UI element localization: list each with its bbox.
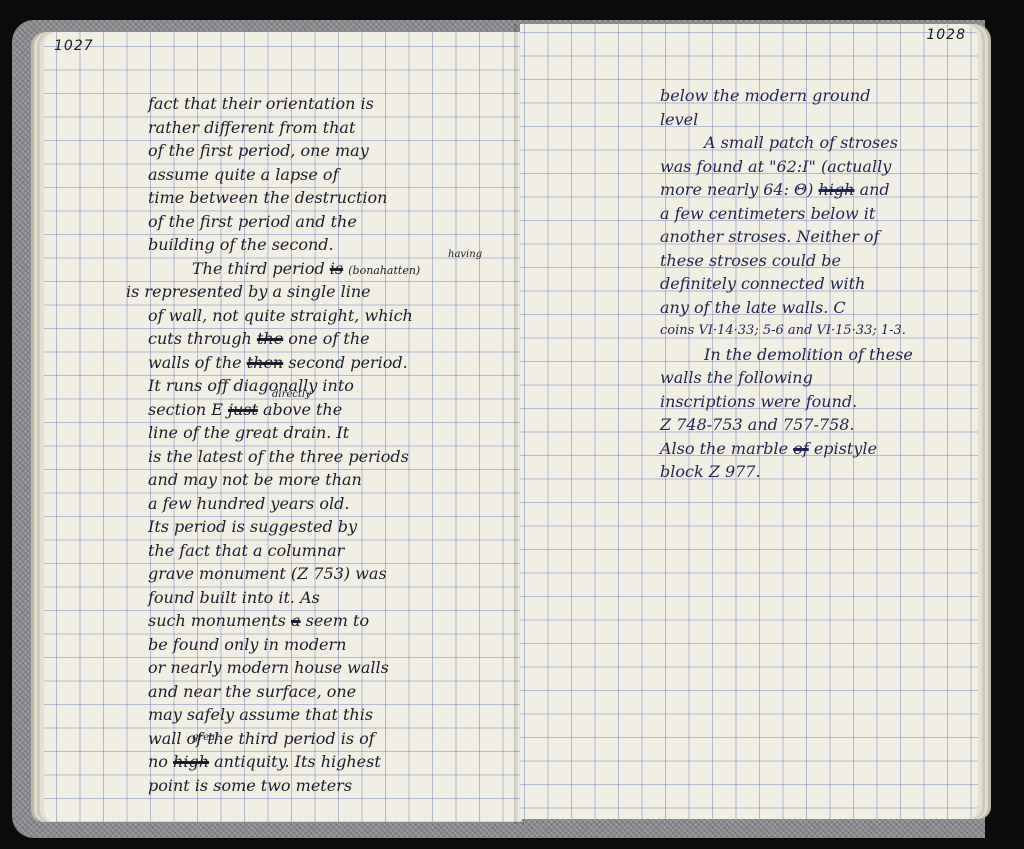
text-line: fact that their orientation is: [148, 92, 420, 116]
text-line: A small patch of stroses: [660, 131, 913, 155]
text-segment: no: [148, 752, 168, 771]
text-line: time between the destruction: [148, 186, 420, 210]
text-segment: such monuments: [148, 611, 286, 630]
text-line: building of the second.: [148, 233, 420, 257]
text-segment: walls of the: [148, 353, 242, 372]
interlinear-note: directly: [272, 389, 311, 400]
text-segment: Also the marble: [660, 439, 788, 458]
text-line: definitely connected with: [660, 272, 913, 296]
right-page: 1028 below the modern ground level A sma…: [520, 24, 978, 819]
page-number-left: 1027: [54, 38, 94, 54]
struck-word: is: [330, 259, 343, 278]
struck-word: high: [173, 752, 209, 771]
text-line: more nearly 64: Θ) high and: [660, 178, 913, 202]
text-segment: and: [860, 180, 890, 199]
text-segment: seem to: [306, 611, 369, 630]
text-segment: any of the late walls.: [660, 298, 828, 317]
text-line: coins VI·14·33; 5-6 and VI·15·33; 1-3.: [660, 319, 913, 343]
text-line: such monuments a seem to: [148, 609, 420, 633]
text-line: point is some two meters: [148, 774, 420, 798]
text-segment: second period.: [288, 353, 407, 372]
text-segment: antiquity. Its highest: [214, 752, 381, 771]
parenthetical-note: (bonahatten): [348, 264, 420, 277]
left-page-text: fact that their orientation is rather di…: [148, 92, 420, 797]
text-line: assume quite a lapse of: [148, 163, 420, 187]
text-line: may safely assume that this: [148, 703, 420, 727]
text-line: any of the late walls. C: [660, 296, 913, 320]
text-segment: The third period: [192, 259, 325, 278]
text-line: inscriptions were found.: [660, 390, 913, 414]
struck-word: the: [257, 329, 283, 348]
text-line: grave monument (Z 753) was: [148, 562, 420, 586]
text-line: walls the following: [660, 366, 913, 390]
text-line: the fact that a columnar: [148, 539, 420, 563]
text-line: level: [660, 108, 913, 132]
text-line: found built into it. As: [148, 586, 420, 610]
text-segment: above the: [263, 400, 342, 419]
text-line: line of the great drain. It: [148, 421, 420, 445]
interlinear-note: great: [192, 732, 219, 743]
text-line: of the first period, one may: [148, 139, 420, 163]
text-line: of the first period and the: [148, 210, 420, 234]
text-segment: more nearly 64: Θ): [660, 180, 813, 199]
text-line: below the modern ground: [660, 84, 913, 108]
text-line: and near the surface, one: [148, 680, 420, 704]
text-line: Also the marble of epistyle: [660, 437, 913, 461]
page-number-right: 1028: [926, 27, 966, 43]
text-line: of wall, not quite straight, which: [148, 304, 420, 328]
text-line: another stroses. Neither of: [660, 225, 913, 249]
text-line: and may not be more than: [148, 468, 420, 492]
text-line: In the demolition of these: [660, 343, 913, 367]
struck-word: just: [228, 400, 258, 419]
text-line: The third period is (bonahatten): [148, 257, 420, 281]
text-line: block Z 977.: [660, 460, 913, 484]
text-line: walls of the then second period.: [148, 351, 420, 375]
text-line: these stroses could be: [660, 249, 913, 273]
text-line: Z 748-753 and 757-758.: [660, 413, 913, 437]
struck-word: a: [291, 611, 301, 630]
text-segment: epistyle: [814, 439, 877, 458]
text-segment: section E: [148, 400, 223, 419]
text-line: no high antiquity. Its highest: [148, 750, 420, 774]
text-line: section E just above the: [148, 398, 420, 422]
text-line: cuts through the one of the: [148, 327, 420, 351]
interlinear-note: having: [448, 249, 482, 260]
text-segment: one of the: [288, 329, 369, 348]
text-line: was found at "62:I" (actually: [660, 155, 913, 179]
struck-word: high: [819, 180, 855, 199]
text-line: a few centimeters below it: [660, 202, 913, 226]
text-line: is the latest of the three periods: [148, 445, 420, 469]
section-mark: C: [833, 298, 845, 317]
right-page-text: below the modern ground level A small pa…: [660, 84, 913, 484]
left-page: 1027 fact that their orientation is rath…: [44, 32, 522, 822]
text-line: rather different from that: [148, 116, 420, 140]
background-edge: [985, 0, 1024, 849]
text-line: be found only in modern: [148, 633, 420, 657]
text-line: a few hundred years old.: [148, 492, 420, 516]
struck-word: of: [793, 439, 809, 458]
struck-word: then: [247, 353, 284, 372]
text-line: wall of the third period is of: [148, 727, 420, 751]
text-line: or nearly modern house walls: [148, 656, 420, 680]
text-line: Its period is suggested by: [148, 515, 420, 539]
text-segment: cuts through: [148, 329, 252, 348]
text-line: is represented by a single line: [126, 280, 420, 304]
